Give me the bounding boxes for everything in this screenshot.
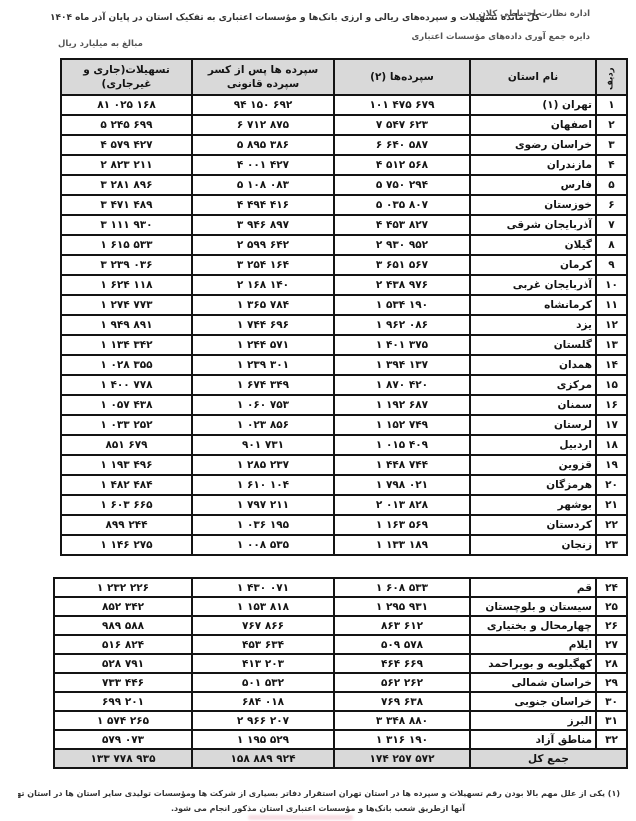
row-number-cell: ۱۱ (596, 295, 627, 315)
deposits-cell: ۷ ۵۴۷ ۶۲۳ (334, 115, 470, 135)
header-province: نام استان (470, 59, 596, 95)
table-row: ۸گیلان۲ ۹۳۰ ۹۵۲۲ ۵۹۹ ۶۴۲۱ ۶۱۵ ۵۳۳ (61, 235, 627, 255)
facilities-cell: ۵۱۶ ۸۲۴ (54, 635, 192, 654)
table-row: ۱تهران (۱)۱۰۱ ۴۷۵ ۶۷۹۹۴ ۱۵۰ ۶۹۲۸۱ ۰۲۵ ۱۶… (61, 95, 627, 115)
document-page: اداره نظارت احتیاطی کلان دایره جمع آوری … (0, 0, 636, 821)
page-title: کل مانده تسهیلات و سپرده‌های ریالی و ارز… (50, 13, 540, 23)
row-number-cell: ۲۱ (596, 495, 627, 515)
facilities-cell: ۵۷۹ ۰۷۳ (54, 730, 192, 749)
facilities-cell: ۱ ۲۳۲ ۲۲۶ (54, 578, 192, 597)
deposits-cell: ۱ ۱۹۲ ۶۸۷ (334, 395, 470, 415)
row-number-cell: ۹ (596, 255, 627, 275)
header-deposits-after-line1: سپرده ها پس از کسر (193, 63, 333, 77)
deposits-after-cell: ۴ ۰۰۱ ۴۲۷ (192, 155, 334, 175)
province-cell: اصفهان (470, 115, 596, 135)
row-number-cell: ۲۵ (596, 597, 627, 616)
table-row: ۲۸کهگیلویه و بویراحمد۴۶۴ ۶۶۹۴۱۳ ۲۰۳۵۲۸ ۷… (54, 654, 627, 673)
deposits-cell: ۸۶۳ ۶۱۲ (334, 616, 470, 635)
table-row: ۱۲یزد۱ ۹۶۲ ۰۸۶۱ ۷۴۴ ۶۹۶۱ ۹۴۹ ۸۹۱ (61, 315, 627, 335)
province-cell: فارس (470, 175, 596, 195)
facilities-cell: ۳ ۲۸۱ ۸۹۶ (61, 175, 192, 195)
facilities-cell: ۱ ۶۱۵ ۵۳۳ (61, 235, 192, 255)
province-cell: ایلام (470, 635, 596, 654)
row-number-cell: ۱۹ (596, 455, 627, 475)
header-row-number-label: ردیف (606, 67, 617, 90)
deposits-cell: ۴ ۴۵۳ ۸۲۷ (334, 215, 470, 235)
deposits-cell: ۳ ۳۴۸ ۸۸۰ (334, 711, 470, 730)
deposits-cell: ۱ ۳۹۴ ۱۳۷ (334, 355, 470, 375)
total-deposits-after-cell: ۱۵۸ ۸۸۹ ۹۲۴ (192, 749, 334, 768)
province-cell: خراسان رضوی (470, 135, 596, 155)
provinces-table-lower: ۲۴قم۱ ۶۰۸ ۵۳۳۱ ۴۳۰ ۰۷۱۱ ۲۳۲ ۲۲۶۲۵سیستان … (53, 577, 628, 769)
facilities-cell: ۱ ۱۹۳ ۴۹۶ (61, 455, 192, 475)
deposits-after-cell: ۵۰۱ ۵۳۲ (192, 673, 334, 692)
province-cell: کردستان (470, 515, 596, 535)
deposits-after-cell: ۱ ۲۴۴ ۵۷۱ (192, 335, 334, 355)
row-number-cell: ۱۸ (596, 435, 627, 455)
row-number-cell: ۲۳ (596, 535, 627, 555)
province-cell: همدان (470, 355, 596, 375)
facilities-cell: ۳ ۱۱۱ ۹۳۰ (61, 215, 192, 235)
facilities-cell: ۳ ۲۳۹ ۰۳۶ (61, 255, 192, 275)
row-number-cell: ۲۷ (596, 635, 627, 654)
table-row: ۱۰آذربایجان غربی۲ ۴۳۸ ۹۷۶۲ ۱۶۸ ۱۴۰۱ ۶۲۴ … (61, 275, 627, 295)
deposits-after-cell: ۱ ۷۹۷ ۲۱۱ (192, 495, 334, 515)
deposits-after-cell: ۱ ۴۳۰ ۰۷۱ (192, 578, 334, 597)
table-row: ۶خوزستان۵ ۰۳۵ ۸۰۷۴ ۴۹۴ ۴۱۶۳ ۴۷۱ ۴۸۹ (61, 195, 627, 215)
facilities-cell: ۱ ۴۰۰ ۷۷۸ (61, 375, 192, 395)
row-number-cell: ۲۹ (596, 673, 627, 692)
table-row: ۲۹خراسان شمالی۵۶۲ ۲۶۲۵۰۱ ۵۳۲۷۳۳ ۴۴۶ (54, 673, 627, 692)
header-deposits-after: سپرده ها پس از کسر سپرده قانونی (192, 59, 334, 95)
row-number-cell: ۲۶ (596, 616, 627, 635)
deposits-after-cell: ۹۰۱ ۷۳۱ (192, 435, 334, 455)
row-number-cell: ۵ (596, 175, 627, 195)
header-facilities: تسهیلات(جاری و غیرجاری) (61, 59, 192, 95)
header-row-number: ردیف (596, 59, 627, 95)
province-cell: هرمزگان (470, 475, 596, 495)
deposits-after-cell: ۵ ۱۰۸ ۰۸۳ (192, 175, 334, 195)
facilities-cell: ۱ ۱۳۴ ۳۴۲ (61, 335, 192, 355)
deposits-cell: ۴۶۴ ۶۶۹ (334, 654, 470, 673)
province-cell: سمنان (470, 395, 596, 415)
deposits-after-cell: ۴ ۴۹۴ ۴۱۶ (192, 195, 334, 215)
table-row: ۲۵سیستان و بلوچستان۱ ۲۹۵ ۹۳۱۱ ۱۵۳ ۸۱۸۸۵۲… (54, 597, 627, 616)
total-row: جمع کل۱۷۴ ۲۵۷ ۵۷۲۱۵۸ ۸۸۹ ۹۲۴۱۳۳ ۷۷۸ ۹۳۵ (54, 749, 627, 768)
deposits-cell: ۲ ۴۳۸ ۹۷۶ (334, 275, 470, 295)
facilities-cell: ۱ ۰۵۷ ۴۳۸ (61, 395, 192, 415)
deposits-after-cell: ۷۶۷ ۸۶۶ (192, 616, 334, 635)
table-row: ۲۰هرمزگان۱ ۷۹۸ ۰۲۱۱ ۶۱۰ ۱۰۴۱ ۴۸۲ ۴۸۴ (61, 475, 627, 495)
deposits-after-cell: ۴۱۳ ۲۰۳ (192, 654, 334, 673)
deposits-after-cell: ۱ ۰۶۰ ۷۵۳ (192, 395, 334, 415)
deposits-after-cell: ۱ ۳۶۵ ۷۸۴ (192, 295, 334, 315)
province-cell: اردبیل (470, 435, 596, 455)
facilities-cell: ۲ ۸۲۳ ۲۱۱ (61, 155, 192, 175)
facilities-cell: ۶۹۹ ۲۰۱ (54, 692, 192, 711)
deposits-cell: ۱ ۱۵۲ ۷۴۹ (334, 415, 470, 435)
total-facilities-cell: ۱۳۳ ۷۷۸ ۹۳۵ (54, 749, 192, 768)
row-number-cell: ۱ (596, 95, 627, 115)
table-row: ۱۳گلستان۱ ۴۰۱ ۳۷۵۱ ۲۴۴ ۵۷۱۱ ۱۳۴ ۳۴۲ (61, 335, 627, 355)
stamp-mark (248, 815, 353, 820)
row-number-cell: ۳۱ (596, 711, 627, 730)
table-row: ۳خراسان رضوی۶ ۶۴۰ ۵۸۷۵ ۸۹۵ ۳۸۶۴ ۵۷۹ ۴۲۷ (61, 135, 627, 155)
deposits-after-cell: ۲ ۹۶۶ ۲۰۷ (192, 711, 334, 730)
facilities-cell: ۱ ۹۴۹ ۸۹۱ (61, 315, 192, 335)
facilities-cell: ۸۱ ۰۲۵ ۱۶۸ (61, 95, 192, 115)
facilities-cell: ۵۲۸ ۷۹۱ (54, 654, 192, 673)
province-cell: خراسان جنوبی (470, 692, 596, 711)
facilities-cell: ۸۹۹ ۲۴۴ (61, 515, 192, 535)
facilities-cell: ۱ ۱۴۶ ۲۷۵ (61, 535, 192, 555)
row-number-cell: ۱۰ (596, 275, 627, 295)
row-number-cell: ۳۰ (596, 692, 627, 711)
province-cell: قزوین (470, 455, 596, 475)
facilities-cell: ۳ ۴۷۱ ۴۸۹ (61, 195, 192, 215)
row-number-cell: ۲۴ (596, 578, 627, 597)
table-row: ۱۱کرمانشاه۱ ۵۳۴ ۱۹۰۱ ۳۶۵ ۷۸۴۱ ۲۷۴ ۷۷۳ (61, 295, 627, 315)
province-cell: تهران (۱) (470, 95, 596, 115)
province-cell: البرز (470, 711, 596, 730)
deposits-cell: ۱ ۰۱۵ ۴۰۹ (334, 435, 470, 455)
table-row: ۲۲کردستان۱ ۱۶۳ ۵۶۹۱ ۰۳۶ ۱۹۵۸۹۹ ۲۴۴ (61, 515, 627, 535)
province-cell: قم (470, 578, 596, 597)
province-cell: مناطق آزاد (470, 730, 596, 749)
deposits-cell: ۱ ۲۹۵ ۹۳۱ (334, 597, 470, 616)
deposits-after-cell: ۵ ۸۹۵ ۳۸۶ (192, 135, 334, 155)
table-row: ۱۷لرستان۱ ۱۵۲ ۷۴۹۱ ۰۲۳ ۸۵۶۱ ۰۳۳ ۲۵۲ (61, 415, 627, 435)
deposits-after-cell: ۲ ۱۶۸ ۱۴۰ (192, 275, 334, 295)
deposits-cell: ۲ ۰۱۳ ۸۲۸ (334, 495, 470, 515)
deposits-cell: ۳ ۶۵۱ ۵۶۷ (334, 255, 470, 275)
row-number-cell: ۲۲ (596, 515, 627, 535)
province-cell: یزد (470, 315, 596, 335)
province-cell: کرمان (470, 255, 596, 275)
deposits-cell: ۵۰۹ ۵۷۸ (334, 635, 470, 654)
deposits-cell: ۱ ۴۴۸ ۷۴۴ (334, 455, 470, 475)
deposits-after-cell: ۱ ۰۲۳ ۸۵۶ (192, 415, 334, 435)
table-row: ۲اصفهان۷ ۵۴۷ ۶۲۳۶ ۷۱۲ ۸۷۵۵ ۲۴۵ ۶۹۹ (61, 115, 627, 135)
table-row: ۹کرمان۳ ۶۵۱ ۵۶۷۳ ۲۵۴ ۱۶۴۳ ۲۳۹ ۰۳۶ (61, 255, 627, 275)
table-row: ۱۶سمنان۱ ۱۹۲ ۶۸۷۱ ۰۶۰ ۷۵۳۱ ۰۵۷ ۴۳۸ (61, 395, 627, 415)
province-cell: چهارمحال و بختیاری (470, 616, 596, 635)
province-cell: خراسان شمالی (470, 673, 596, 692)
table-row: ۳۲مناطق آزاد۱ ۳۱۶ ۱۹۰۱ ۱۹۵ ۵۲۹۵۷۹ ۰۷۳ (54, 730, 627, 749)
row-number-cell: ۶ (596, 195, 627, 215)
province-cell: خوزستان (470, 195, 596, 215)
province-cell: آذربایجان غربی (470, 275, 596, 295)
province-cell: کرمانشاه (470, 295, 596, 315)
row-number-cell: ۱۴ (596, 355, 627, 375)
facilities-cell: ۹۸۹ ۵۸۸ (54, 616, 192, 635)
deposits-after-cell: ۱ ۰۳۶ ۱۹۵ (192, 515, 334, 535)
deposits-after-cell: ۱ ۰۰۸ ۵۳۵ (192, 535, 334, 555)
facilities-cell: ۱ ۲۷۴ ۷۷۳ (61, 295, 192, 315)
province-cell: مرکزی (470, 375, 596, 395)
row-number-cell: ۱۲ (596, 315, 627, 335)
table-row: ۱۹قزوین۱ ۴۴۸ ۷۴۴۱ ۲۸۵ ۲۳۷۱ ۱۹۳ ۴۹۶ (61, 455, 627, 475)
row-number-cell: ۸ (596, 235, 627, 255)
deposits-after-cell: ۱ ۱۹۵ ۵۲۹ (192, 730, 334, 749)
row-number-cell: ۱۶ (596, 395, 627, 415)
deposits-cell: ۱ ۵۳۴ ۱۹۰ (334, 295, 470, 315)
deposits-cell: ۱ ۳۱۶ ۱۹۰ (334, 730, 470, 749)
province-cell: آذربایجان شرقی (470, 215, 596, 235)
total-label-cell: جمع کل (470, 749, 627, 768)
facilities-cell: ۱ ۴۸۲ ۴۸۴ (61, 475, 192, 495)
table-row: ۵فارس۵ ۷۵۰ ۲۹۴۵ ۱۰۸ ۰۸۳۳ ۲۸۱ ۸۹۶ (61, 175, 627, 195)
row-number-cell: ۲ (596, 115, 627, 135)
table-row: ۳۱البرز۳ ۳۴۸ ۸۸۰۲ ۹۶۶ ۲۰۷۱ ۵۷۴ ۲۶۵ (54, 711, 627, 730)
deposits-cell: ۱۰۱ ۴۷۵ ۶۷۹ (334, 95, 470, 115)
table-row: ۲۶چهارمحال و بختیاری۸۶۳ ۶۱۲۷۶۷ ۸۶۶۹۸۹ ۵۸… (54, 616, 627, 635)
deposits-after-cell: ۶۸۴ ۰۱۸ (192, 692, 334, 711)
table-row: ۲۴قم۱ ۶۰۸ ۵۳۳۱ ۴۳۰ ۰۷۱۱ ۲۳۲ ۲۲۶ (54, 578, 627, 597)
table-row: ۳۰خراسان جنوبی۷۶۹ ۶۳۸۶۸۴ ۰۱۸۶۹۹ ۲۰۱ (54, 692, 627, 711)
header-deposits-after-line2: سپرده قانونی (193, 77, 333, 91)
row-number-cell: ۱۷ (596, 415, 627, 435)
unit-note: مبالغ به میلیارد ریال (58, 39, 143, 49)
deposits-cell: ۵ ۷۵۰ ۲۹۴ (334, 175, 470, 195)
deposits-cell: ۱ ۶۰۸ ۵۳۳ (334, 578, 470, 597)
row-number-cell: ۱۳ (596, 335, 627, 355)
facilities-cell: ۱ ۵۷۴ ۲۶۵ (54, 711, 192, 730)
deposits-cell: ۱ ۸۷۰ ۴۲۰ (334, 375, 470, 395)
facilities-cell: ۵ ۲۴۵ ۶۹۹ (61, 115, 192, 135)
deposits-cell: ۱ ۹۶۲ ۰۸۶ (334, 315, 470, 335)
province-cell: گلستان (470, 335, 596, 355)
table-row: ۱۴همدان۱ ۳۹۴ ۱۳۷۱ ۲۳۹ ۳۰۱۱ ۰۲۸ ۳۵۵ (61, 355, 627, 375)
deposits-cell: ۴ ۵۱۲ ۵۶۸ (334, 155, 470, 175)
province-cell: گیلان (470, 235, 596, 255)
deposits-after-cell: ۲ ۵۹۹ ۶۴۲ (192, 235, 334, 255)
row-number-cell: ۷ (596, 215, 627, 235)
province-cell: لرستان (470, 415, 596, 435)
table-header-row: ردیف نام استان سپرده‌ها (۲) سپرده ها پس … (61, 59, 627, 95)
row-number-cell: ۲۸ (596, 654, 627, 673)
deposits-cell: ۱ ۱۳۳ ۱۸۹ (334, 535, 470, 555)
table-row: ۱۸اردبیل۱ ۰۱۵ ۴۰۹۹۰۱ ۷۳۱۸۵۱ ۶۷۹ (61, 435, 627, 455)
header-deposits: سپرده‌ها (۲) (334, 59, 470, 95)
footnote-line2: آنها ازطریق شعب بانک‌ها و مؤسسات اعتباری… (0, 804, 636, 813)
table-row: ۷آذربایجان شرقی۴ ۴۵۳ ۸۲۷۳ ۹۴۶ ۸۹۷۳ ۱۱۱ ۹… (61, 215, 627, 235)
deposits-after-cell: ۴۵۳ ۶۳۴ (192, 635, 334, 654)
deposits-after-cell: ۶ ۷۱۲ ۸۷۵ (192, 115, 334, 135)
facilities-cell: ۸۵۲ ۳۴۲ (54, 597, 192, 616)
facilities-cell: ۸۵۱ ۶۷۹ (61, 435, 192, 455)
province-cell: بوشهر (470, 495, 596, 515)
deposits-cell: ۷۶۹ ۶۳۸ (334, 692, 470, 711)
deposits-after-cell: ۳ ۹۴۶ ۸۹۷ (192, 215, 334, 235)
deposits-after-cell: ۱ ۶۱۰ ۱۰۴ (192, 475, 334, 495)
deposits-after-cell: ۹۴ ۱۵۰ ۶۹۲ (192, 95, 334, 115)
facilities-cell: ۱ ۰۲۸ ۳۵۵ (61, 355, 192, 375)
row-number-cell: ۲۰ (596, 475, 627, 495)
provinces-table-upper: ردیف نام استان سپرده‌ها (۲) سپرده ها پس … (60, 58, 628, 556)
province-cell: زنجان (470, 535, 596, 555)
row-number-cell: ۴ (596, 155, 627, 175)
deposits-cell: ۱ ۱۶۳ ۵۶۹ (334, 515, 470, 535)
deposits-cell: ۶ ۶۴۰ ۵۸۷ (334, 135, 470, 155)
row-number-cell: ۳۲ (596, 730, 627, 749)
deposits-after-cell: ۱ ۱۵۳ ۸۱۸ (192, 597, 334, 616)
deposits-after-cell: ۱ ۷۴۴ ۶۹۶ (192, 315, 334, 335)
facilities-cell: ۱ ۶۰۳ ۶۶۵ (61, 495, 192, 515)
footnote-line1: (۱) یکی از علل مهم بالا بودن رقم تسهیلات… (18, 789, 620, 798)
total-deposits-cell: ۱۷۴ ۲۵۷ ۵۷۲ (334, 749, 470, 768)
table-row: ۲۳زنجان۱ ۱۳۳ ۱۸۹۱ ۰۰۸ ۵۳۵۱ ۱۴۶ ۲۷۵ (61, 535, 627, 555)
facilities-cell: ۱ ۰۳۳ ۲۵۲ (61, 415, 192, 435)
deposits-after-cell: ۱ ۶۷۴ ۳۴۹ (192, 375, 334, 395)
facilities-cell: ۴ ۵۷۹ ۴۲۷ (61, 135, 192, 155)
deposits-after-cell: ۱ ۲۸۵ ۲۳۷ (192, 455, 334, 475)
province-cell: سیستان و بلوچستان (470, 597, 596, 616)
facilities-cell: ۷۳۳ ۴۴۶ (54, 673, 192, 692)
row-number-cell: ۱۵ (596, 375, 627, 395)
deposits-cell: ۱ ۴۰۱ ۳۷۵ (334, 335, 470, 355)
table-row: ۲۱بوشهر۲ ۰۱۳ ۸۲۸۱ ۷۹۷ ۲۱۱۱ ۶۰۳ ۶۶۵ (61, 495, 627, 515)
province-cell: کهگیلویه و بویراحمد (470, 654, 596, 673)
table-row: ۱۵مرکزی۱ ۸۷۰ ۴۲۰۱ ۶۷۴ ۳۴۹۱ ۴۰۰ ۷۷۸ (61, 375, 627, 395)
facilities-cell: ۱ ۶۲۴ ۱۱۸ (61, 275, 192, 295)
deposits-cell: ۱ ۷۹۸ ۰۲۱ (334, 475, 470, 495)
deposits-after-cell: ۳ ۲۵۴ ۱۶۴ (192, 255, 334, 275)
deposits-after-cell: ۱ ۲۳۹ ۳۰۱ (192, 355, 334, 375)
province-cell: مازندران (470, 155, 596, 175)
deposits-cell: ۲ ۹۳۰ ۹۵۲ (334, 235, 470, 255)
row-number-cell: ۳ (596, 135, 627, 155)
deposits-cell: ۵۶۲ ۲۶۲ (334, 673, 470, 692)
deposits-cell: ۵ ۰۳۵ ۸۰۷ (334, 195, 470, 215)
department-line2: دایره جمع آوری داده‌های مؤسسات اعتباری (412, 32, 590, 42)
table-row: ۴مازندران۴ ۵۱۲ ۵۶۸۴ ۰۰۱ ۴۲۷۲ ۸۲۳ ۲۱۱ (61, 155, 627, 175)
table-row: ۲۷ایلام۵۰۹ ۵۷۸۴۵۳ ۶۳۴۵۱۶ ۸۲۴ (54, 635, 627, 654)
